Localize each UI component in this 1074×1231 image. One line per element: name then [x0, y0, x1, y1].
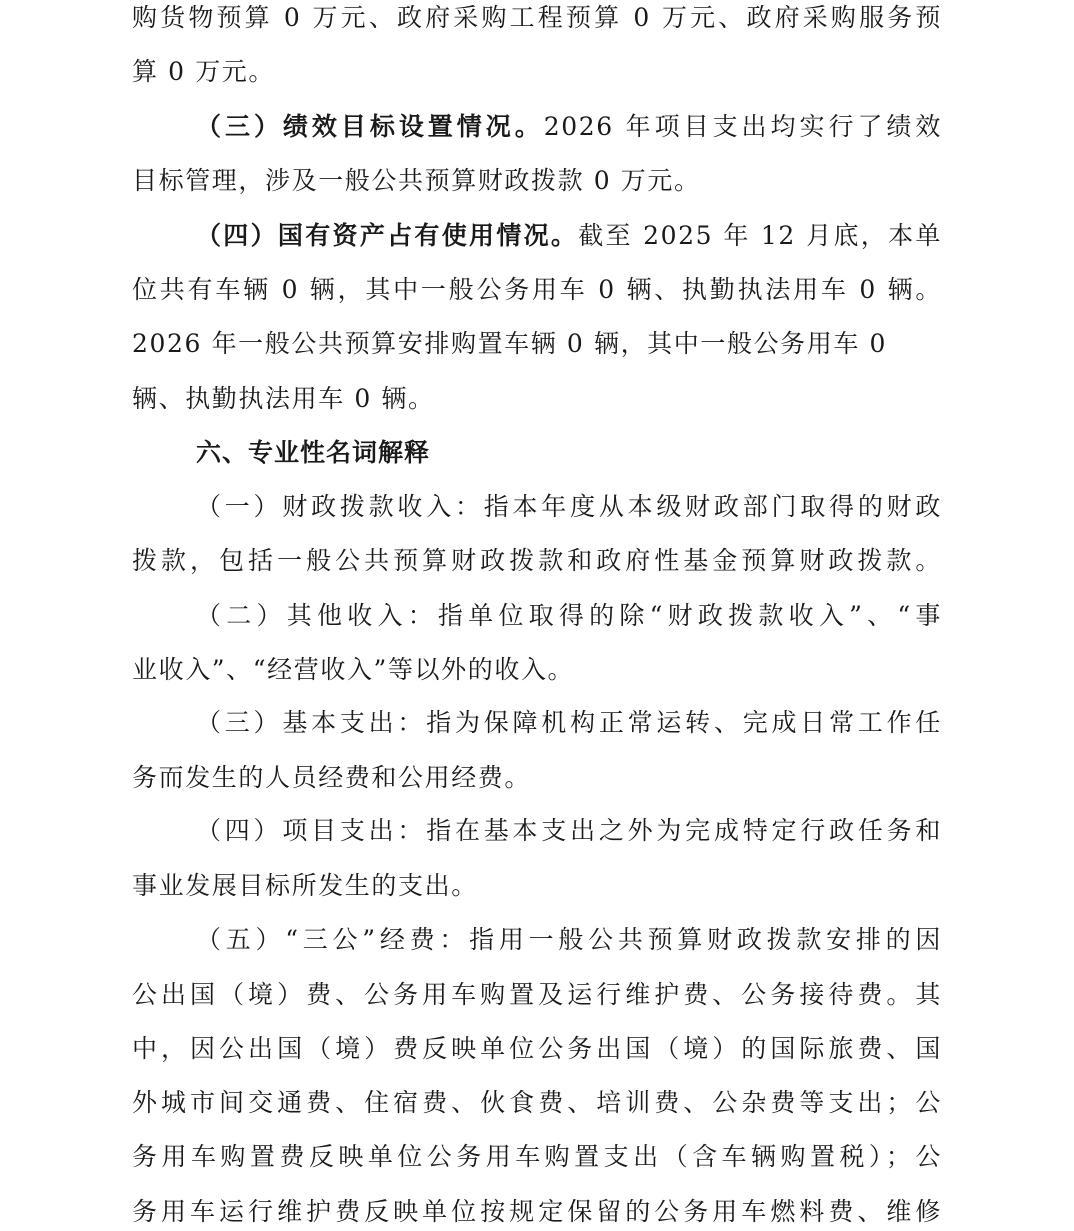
paragraph-line: 务用车购置费反映单位公务用车购置支出（含车辆购置税）；公 — [132, 1137, 942, 1177]
paragraph-line: 公出国（境）费、公务用车购置及运行维护费、公务接待费。其 — [132, 975, 942, 1015]
paragraph-line: （二）其他收入：指单位取得的除“财政拨款收入”、“事 — [196, 596, 942, 636]
line-text: 位共有车辆 0 辆，其中一般公务用车 0 辆、执勤执法用车 0 辆。 — [132, 275, 942, 304]
line-text: 务用车购置费反映单位公务用车购置支出（含车辆购置税）；公 — [132, 1142, 942, 1171]
paragraph-line: （三）基本支出：指为保障机构正常运转、完成日常工作任 — [196, 703, 942, 743]
paragraph-line: （五）“三公”经费：指用一般公共预算财政拨款安排的因 — [196, 920, 942, 960]
section-heading-text: 六、专业性名词解释 — [196, 438, 430, 467]
line-text: 务而发生的人员经费和公用经费。 — [132, 763, 531, 792]
paragraph-line-state-assets: （四）国有资产占有使用情况。截至 2025 年 12 月底，本单 — [196, 216, 942, 256]
paragraph-line: 事业发展目标所发生的支出。 — [132, 866, 942, 906]
line-text: 2026 年项目支出均实行了绩效 — [544, 112, 942, 141]
paragraph-line: 购货物预算 0 万元、政府采购工程预算 0 万元、政府采购服务预 — [132, 0, 942, 38]
line-text: （五）“三公”经费：指用一般公共预算财政拨款安排的因 — [196, 925, 942, 954]
line-text: （一）财政拨款收入：指本年度从本级财政部门取得的财政 — [196, 492, 942, 521]
subsection-title: （三）绩效目标设置情况。 — [196, 112, 544, 141]
paragraph-line: 算 0 万元。 — [132, 52, 942, 92]
line-text: 业收入”、“经营收入”等以外的收入。 — [132, 655, 574, 684]
paragraph-line: 辆、执勤执法用车 0 辆。 — [132, 379, 942, 419]
paragraph-line: 拨款，包括一般公共预算财政拨款和政府性基金预算财政拨款。 — [132, 541, 942, 581]
paragraph-line: 目标管理，涉及一般公共预算财政拨款 0 万元。 — [132, 161, 942, 201]
line-text: 辆、执勤执法用车 0 辆。 — [132, 384, 435, 413]
line-text: （三）基本支出：指为保障机构正常运转、完成日常工作任 — [196, 708, 942, 737]
paragraph-line: 务用车运行维护费反映单位按规定保留的公务用车燃料费、维修 — [132, 1192, 942, 1231]
line-text: （四）项目支出：指在基本支出之外为完成特定行政任务和 — [196, 816, 942, 845]
paragraph-line: 位共有车辆 0 辆，其中一般公务用车 0 辆、执勤执法用车 0 辆。 — [132, 270, 942, 310]
paragraph-line: 外城市间交通费、住宿费、伙食费、培训费、公杂费等支出；公 — [132, 1083, 942, 1123]
paragraph-line: （一）财政拨款收入：指本年度从本级财政部门取得的财政 — [196, 487, 942, 527]
line-text: 公出国（境）费、公务用车购置及运行维护费、公务接待费。其 — [132, 980, 942, 1009]
paragraph-line: 业收入”、“经营收入”等以外的收入。 — [132, 650, 942, 690]
line-text: 算 0 万元。 — [132, 57, 275, 86]
line-text: （二）其他收入：指单位取得的除“财政拨款收入”、“事 — [196, 601, 942, 630]
document-page: 购货物预算 0 万元、政府采购工程预算 0 万元、政府采购服务预 算 0 万元。… — [0, 0, 1074, 1231]
line-text: 2026 年一般公共预算安排购置车辆 0 辆，其中一般公务用车 0 — [132, 329, 887, 358]
paragraph-line: 务而发生的人员经费和公用经费。 — [132, 758, 942, 798]
line-text: 事业发展目标所发生的支出。 — [132, 871, 478, 900]
subsection-title: （四）国有资产占有使用情况。 — [196, 221, 578, 250]
paragraph-line-performance-goals: （三）绩效目标设置情况。2026 年项目支出均实行了绩效 — [196, 107, 942, 147]
line-text: 务用车运行维护费反映单位按规定保留的公务用车燃料费、维修 — [132, 1197, 942, 1226]
paragraph-line: （四）项目支出：指在基本支出之外为完成特定行政任务和 — [196, 811, 942, 851]
paragraph-line: 2026 年一般公共预算安排购置车辆 0 辆，其中一般公务用车 0 — [132, 324, 942, 364]
line-text: 截至 2025 年 12 月底，本单 — [578, 221, 942, 250]
line-text: 中，因公出国（境）费反映单位公务出国（境）的国际旅费、国 — [132, 1034, 942, 1063]
paragraph-line: 中，因公出国（境）费反映单位公务出国（境）的国际旅费、国 — [132, 1029, 942, 1069]
line-text: 购货物预算 0 万元、政府采购工程预算 0 万元、政府采购服务预 — [132, 3, 942, 32]
line-text: 拨款，包括一般公共预算财政拨款和政府性基金预算财政拨款。 — [132, 546, 942, 575]
section-heading: 六、专业性名词解释 — [196, 433, 942, 473]
line-text: 外城市间交通费、住宿费、伙食费、培训费、公杂费等支出；公 — [132, 1088, 942, 1117]
line-text: 目标管理，涉及一般公共预算财政拨款 0 万元。 — [132, 166, 701, 195]
